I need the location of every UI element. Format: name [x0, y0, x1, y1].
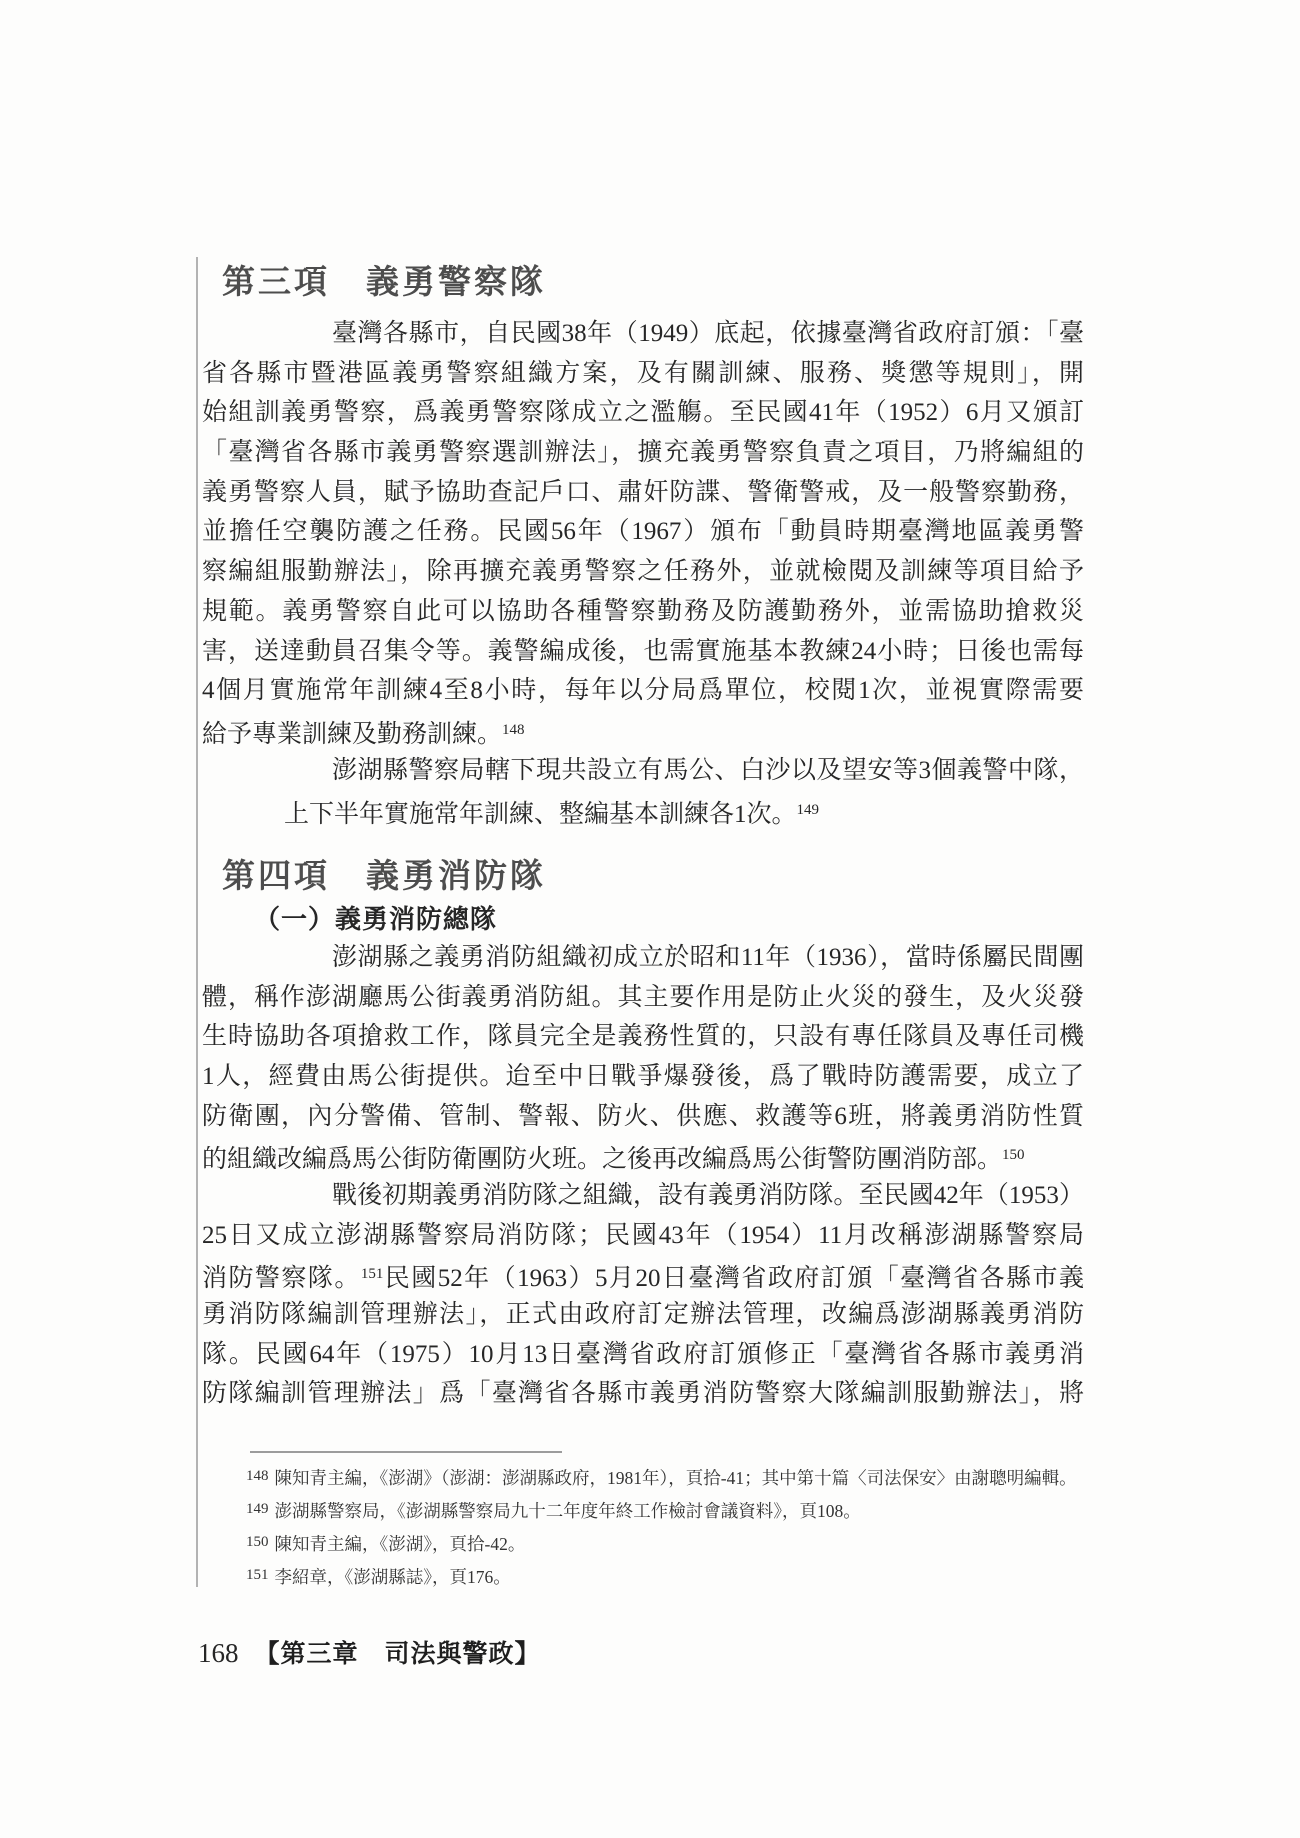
text-segment: 給予專業訓練及勤務訓練。: [202, 721, 502, 748]
text-line: 的組織改編爲馬公街防衛團防火班。之後再改編爲馬公街警防團消防部。150: [202, 1136, 1084, 1176]
text-segment: 消防警察隊。: [202, 1265, 361, 1292]
text-segment: 「臺灣省各縣市義勇警察選訓辦法」，擴充義勇警察負責之項目，乃將編組的: [202, 439, 1084, 466]
section-heading-3: 第三項 義勇警察隊: [222, 256, 546, 303]
text-segment: 民國52年（1963）5月20日臺灣省政府訂頒「臺灣省各縣市義: [383, 1265, 1084, 1292]
text-segment: 察編組服勤辦法」，除再擴充義勇警察之任務外，並就檢閱及訓練等項目給予: [202, 558, 1084, 585]
text-line: 1人，經費由馬公街提供。迨至中日戰爭爆發後，爲了戰時防護需要，成立了: [202, 1057, 1084, 1097]
text-line: 上下半年實施常年訓練、整編基本訓練各1次。149: [202, 791, 1084, 831]
text-segment: 4個月實施常年訓練4至8小時，每年以分局爲單位，校閱1次，並視實際需要: [202, 677, 1084, 704]
text-line: 戰後初期義勇消防隊之組織，設有義勇消防隊。至民國42年（1953）2月: [202, 1176, 1084, 1216]
text-segment: 生時協助各項搶救工作，隊員完全是義務性質的，只設有專任隊員及專任司機: [202, 1023, 1084, 1050]
footnote-text: 陳知青主編，《澎湖》，頁拾-42。: [275, 1534, 526, 1554]
text-line: 「臺灣省各縣市義勇警察選訓辦法」，擴充義勇警察負責之項目，乃將編組的: [202, 433, 1084, 473]
text-segment: 始組訓義勇警察，爲義勇警察隊成立之濫觴。至民國41年（1952）6月又頒訂: [202, 399, 1084, 426]
text-line: 規範。義勇警察自此可以協助各種警察勤務及防護勤務外，並需協助搶救災: [202, 592, 1084, 632]
text-line: 勇消防隊編訓管理辦法」，正式由政府訂定辦法管理，改編爲澎湖縣義勇消防: [202, 1295, 1084, 1335]
text-segment: 防衛團，內分警備、管制、警報、防火、供應、救護等6班，將義勇消防性質: [202, 1103, 1084, 1130]
footnote: 149澎湖縣警察局，《澎湖縣警察局九十二年度年終工作檢討會議資料》，頁108。: [246, 1494, 1104, 1527]
text-line: 體，稱作澎湖廳馬公街義勇消防組。其主要作用是防止火災的發生，及火災發: [202, 978, 1084, 1018]
text-line: 義勇警察人員，賦予協助查記戶口、肅奸防諜、警衛警戒，及一般警察勤務，: [202, 473, 1084, 513]
text-line: 4個月實施常年訓練4至8小時，每年以分局爲單位，校閱1次，並視實際需要: [202, 671, 1084, 711]
paragraph-fire-brigade-postwar: 戰後初期義勇消防隊之組織，設有義勇消防隊。至民國42年（1953）2月25日又成…: [202, 1176, 1084, 1414]
subsection-heading-fire-brigade: （一）義勇消防總隊: [254, 899, 497, 936]
footnote-text: 陳知青主編，《澎湖》（澎湖：澎湖縣政府，1981年），頁拾-41；其中第十篇〈司…: [275, 1468, 1077, 1488]
chapter-title: 【第三章 司法與警政】: [255, 1641, 541, 1668]
text-line: 察編組服勤辦法」，除再擴充義勇警察之任務外，並就檢閱及訓練等項目給予: [202, 552, 1084, 592]
footnote-text: 李紹章，《澎湖縣誌》，頁176。: [275, 1567, 511, 1587]
text-line: 澎湖縣之義勇消防組織初成立於昭和11年（1936），當時係屬民間團: [202, 938, 1084, 978]
text-segment: 並擔任空襲防護之任務。民國56年（1967）頒布「動員時期臺灣地區義勇警: [202, 518, 1084, 545]
text-line: 隊。民國64年（1975）10月13日臺灣省政府訂頒修正「臺灣省各縣市義勇消: [202, 1335, 1084, 1375]
footnote-ref: 150: [1002, 1147, 1025, 1163]
text-line: 生時協助各項搶救工作，隊員完全是義務性質的，只設有專任隊員及專任司機: [202, 1017, 1084, 1057]
paragraph-volunteer-police: 臺灣各縣市，自民國38年（1949）底起，依據臺灣省政府訂頒：「臺灣省各縣市暨港…: [202, 314, 1084, 751]
text-line: 省各縣市暨港區義勇警察組織方案，及有關訓練、服務、獎懲等規則」，開: [202, 354, 1084, 394]
footnote: 151李紹章，《澎湖縣誌》，頁176。: [246, 1560, 1104, 1593]
text-segment: 害，送達動員召集令等。義警編成後，也需實施基本教練24小時；日後也需每: [202, 638, 1084, 665]
text-segment: 戰後初期義勇消防隊之組織，設有義勇消防隊。至民國42年（1953）2月: [202, 1182, 1084, 1216]
text-segment: 的組織改編爲馬公街防衛團防火班。之後再改編爲馬公街警防團消防部。: [202, 1146, 1002, 1173]
text-line: 始組訓義勇警察，爲義勇警察隊成立之濫觴。至民國41年（1952）6月又頒訂: [202, 393, 1084, 433]
text-segment: 省各縣市暨港區義勇警察組織方案，及有關訓練、服務、獎懲等規則」，開: [202, 360, 1084, 387]
footnote-separator: [250, 1451, 562, 1453]
text-segment: 防隊編訓管理辦法」爲「臺灣省各縣市義勇消防警察大隊編訓服勤辦法」，將: [202, 1380, 1084, 1407]
text-segment: 上下半年實施常年訓練、整編基本訓練各1次。: [284, 801, 797, 828]
text-segment: 義勇警察人員，賦予協助查記戶口、肅奸防諜、警衛警戒，及一般警察勤務，: [202, 479, 1084, 506]
text-segment: 1人，經費由馬公街提供。迨至中日戰爭爆發後，爲了戰時防護需要，成立了: [202, 1063, 1084, 1090]
text-segment: 體，稱作澎湖廳馬公街義勇消防組。其主要作用是防止火災的發生，及火災發: [202, 984, 1084, 1011]
text-line: 澎湖縣警察局轄下現共設立有馬公、白沙以及望安等3個義警中隊，每年: [202, 751, 1084, 791]
section-heading-4: 第四項 義勇消防隊: [222, 850, 546, 897]
text-line: 害，送達動員召集令等。義警編成後，也需實施基本教練24小時；日後也需每: [202, 632, 1084, 672]
paragraph-penghu-squads: 澎湖縣警察局轄下現共設立有馬公、白沙以及望安等3個義警中隊，每年上下半年實施常年…: [202, 751, 1084, 830]
paragraph-fire-brigade-origin: 澎湖縣之義勇消防組織初成立於昭和11年（1936），當時係屬民間團體，稱作澎湖廳…: [202, 938, 1084, 1176]
text-segment: 澎湖縣警察局轄下現共設立有馬公、白沙以及望安等3個義警中隊，每年: [202, 757, 1084, 791]
text-segment: 澎湖縣之義勇消防組織初成立於昭和11年（1936），當時係屬民間團: [332, 944, 1084, 971]
footnote-ref: 148: [502, 722, 525, 738]
footnote-ref: 149: [797, 802, 820, 818]
footnote-number: 150: [246, 1534, 269, 1550]
text-line: 防衛團，內分警備、管制、警報、防火、供應、救護等6班，將義勇消防性質: [202, 1097, 1084, 1137]
text-line: 臺灣各縣市，自民國38年（1949）底起，依據臺灣省政府訂頒：「臺灣: [202, 314, 1084, 354]
footnote-number: 151: [246, 1567, 269, 1583]
left-margin-rule: [196, 257, 198, 1587]
footnotes: 148陳知青主編，《澎湖》（澎湖：澎湖縣政府，1981年），頁拾-41；其中第十…: [246, 1461, 1104, 1593]
text-segment: 25日又成立澎湖縣警察局消防隊；民國43年（1954）11月改稱澎湖縣警察局: [202, 1222, 1084, 1249]
page-number: 168: [198, 1638, 239, 1668]
book-page: 第三項 義勇警察隊 臺灣各縣市，自民國38年（1949）底起，依據臺灣省政府訂頒…: [0, 0, 1300, 1838]
text-segment: 規範。義勇警察自此可以協助各種警察勤務及防護勤務外，並需協助搶救災: [202, 598, 1084, 625]
text-segment: 勇消防隊編訓管理辦法」，正式由政府訂定辦法管理，改編爲澎湖縣義勇消防: [202, 1301, 1084, 1328]
footnote-text: 澎湖縣警察局，《澎湖縣警察局九十二年度年終工作檢討會議資料》，頁108。: [275, 1501, 861, 1521]
footnote: 148陳知青主編，《澎湖》（澎湖：澎湖縣政府，1981年），頁拾-41；其中第十…: [246, 1461, 1104, 1494]
text-line: 並擔任空襲防護之任務。民國56年（1967）頒布「動員時期臺灣地區義勇警: [202, 512, 1084, 552]
text-segment: 隊。民國64年（1975）10月13日臺灣省政府訂頒修正「臺灣省各縣市義勇消: [202, 1341, 1084, 1368]
text-line: 25日又成立澎湖縣警察局消防隊；民國43年（1954）11月改稱澎湖縣警察局: [202, 1216, 1084, 1256]
footnote: 150陳知青主編，《澎湖》，頁拾-42。: [246, 1527, 1104, 1560]
text-line: 消防警察隊。151民國52年（1963）5月20日臺灣省政府訂頒「臺灣省各縣市義: [202, 1255, 1084, 1295]
text-segment: 臺灣各縣市，自民國38年（1949）底起，依據臺灣省政府訂頒：「臺灣: [202, 320, 1084, 354]
text-line: 給予專業訓練及勤務訓練。148: [202, 711, 1084, 751]
footnote-number: 149: [246, 1501, 269, 1517]
footnote-number: 148: [246, 1468, 269, 1484]
page-footer: 168【第三章 司法與警政】: [198, 1634, 541, 1670]
footnote-ref: 151: [361, 1266, 384, 1282]
text-line: 防隊編訓管理辦法」爲「臺灣省各縣市義勇消防警察大隊編訓服勤辦法」，將: [202, 1374, 1084, 1414]
